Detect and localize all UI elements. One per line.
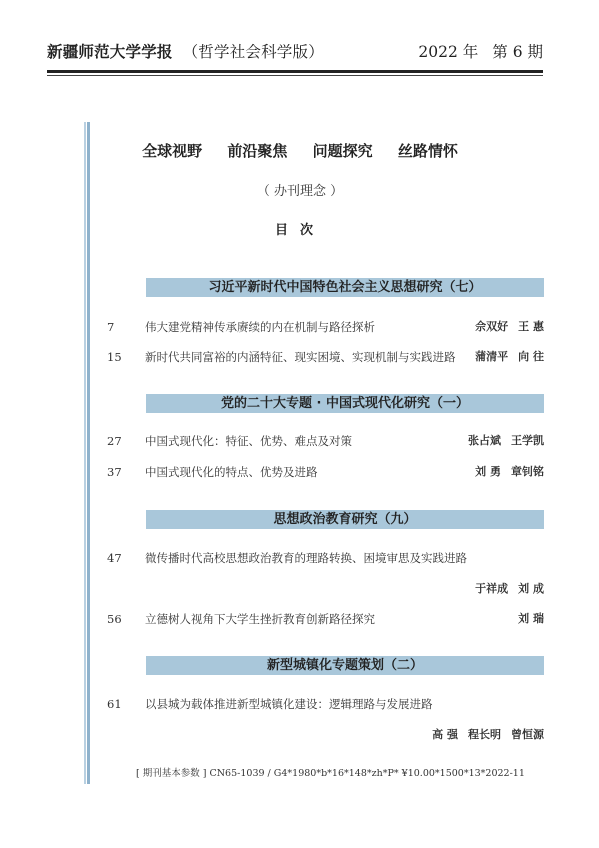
page-number: 27 [107, 432, 122, 450]
author: 高 强 [432, 728, 458, 741]
article-authors: 于祥成刘 成 [475, 580, 544, 598]
page-number: 56 [107, 610, 122, 628]
article-title[interactable]: 中国式现代化：特征、优势、难点及对策 [145, 432, 352, 450]
header-rule-thin [47, 75, 543, 76]
section-heading: 新型城镇化专题策划（二） [146, 656, 544, 675]
section-heading: 习近平新时代中国特色社会主义思想研究（七） [146, 278, 544, 297]
journal-edition: （哲学社会科学版） [183, 43, 324, 61]
section-heading: 思想政治教育研究（九） [146, 510, 544, 529]
toc-entry[interactable]: 27 中国式现代化：特征、优势、难点及对策 张占斌王学凯 [107, 432, 544, 450]
journal-name: 新疆师范大学学报（哲学社会科学版） [47, 40, 324, 62]
article-authors: 刘 瑞 [518, 610, 544, 628]
author: 张占斌 [468, 434, 501, 447]
author: 程长明 [468, 728, 501, 741]
issue-number: 第 6 期 [492, 43, 543, 61]
toc-title: 目次 [90, 219, 510, 238]
article-title[interactable]: 新时代共同富裕的内涵特征、现实困境、实现机制与实践进路 [145, 348, 456, 366]
article-title[interactable]: 立德树人视角下大学生挫折教育创新路径探究 [145, 610, 375, 628]
toc-entry[interactable]: 15 新时代共同富裕的内涵特征、现实困境、实现机制与实践进路 蒲清平向 往 [107, 348, 544, 366]
issue-info: 2022 年第 6 期 [418, 40, 543, 62]
author: 刘 成 [518, 582, 544, 595]
author: 佘双好 [475, 320, 508, 333]
toc-entry[interactable]: 37 中国式现代化的特点、优势及进路 刘 勇章钊铭 [107, 463, 544, 481]
page-number: 15 [107, 348, 122, 366]
author: 王学凯 [511, 434, 544, 447]
issue-year: 2022 年 [418, 43, 478, 61]
article-title[interactable]: 中国式现代化的特点、优势及进路 [145, 463, 318, 481]
journal-title: 新疆师范大学学报 [47, 43, 173, 61]
motto-phrase: 问题探究 [313, 142, 373, 160]
motto-phrase: 全球视野 [142, 142, 202, 160]
article-authors: 佘双好王 惠 [475, 318, 544, 336]
toc-entry[interactable]: 7 伟大建党精神传承赓续的内在机制与路径探析 佘双好王 惠 [107, 318, 544, 336]
author: 刘 瑞 [518, 612, 544, 625]
page-number: 7 [107, 318, 114, 336]
running-head: 新疆师范大学学报（哲学社会科学版） 2022 年第 6 期 [47, 38, 543, 68]
article-title[interactable]: 以县城为载体推进新型城镇化建设：逻辑理路与发展进路 [145, 695, 433, 713]
author: 刘 勇 [475, 465, 501, 478]
article-title[interactable]: 微传播时代高校思想政治教育的理路转换、困境审思及实践进路 [145, 549, 467, 567]
toc-entry[interactable]: 47 微传播时代高校思想政治教育的理路转换、困境审思及实践进路 [107, 549, 544, 567]
journal-motto: 全球视野 前沿聚焦 问题探究 丝路情怀 [90, 140, 510, 161]
toc-entry[interactable]: 56 立德树人视角下大学生挫折教育创新路径探究 刘 瑞 [107, 610, 544, 628]
article-authors: 刘 勇章钊铭 [475, 463, 544, 481]
section-heading: 党的二十大专题 · 中国式现代化研究（一） [146, 394, 544, 413]
motto-caption: （ 办刊理念 ） [90, 180, 510, 199]
author: 王 惠 [518, 320, 544, 333]
author: 曾恒源 [511, 728, 544, 741]
article-authors: 蒲清平向 往 [475, 348, 544, 366]
author: 章钊铭 [511, 465, 544, 478]
journal-parameters: [ 期刊基本参数 ] CN65-1039 / G4*1980*b*16*148*… [136, 765, 525, 779]
page-number: 47 [107, 549, 122, 567]
motto-phrase: 丝路情怀 [398, 142, 458, 160]
author: 蒲清平 [475, 350, 508, 363]
motto-phrase: 前沿聚焦 [227, 142, 287, 160]
toc-entry[interactable]: 61 以县城为载体推进新型城镇化建设：逻辑理路与发展进路 [107, 695, 544, 713]
article-authors: 张占斌王学凯 [468, 432, 544, 450]
author: 于祥成 [475, 582, 508, 595]
article-title[interactable]: 伟大建党精神传承赓续的内在机制与路径探析 [145, 318, 375, 336]
article-authors: 高 强程长明曾恒源 [432, 726, 544, 744]
page-number: 37 [107, 463, 122, 481]
header-rule-thick [47, 70, 543, 73]
author: 向 往 [518, 350, 544, 363]
page-number: 61 [107, 695, 122, 713]
side-rule-inner [84, 122, 86, 784]
